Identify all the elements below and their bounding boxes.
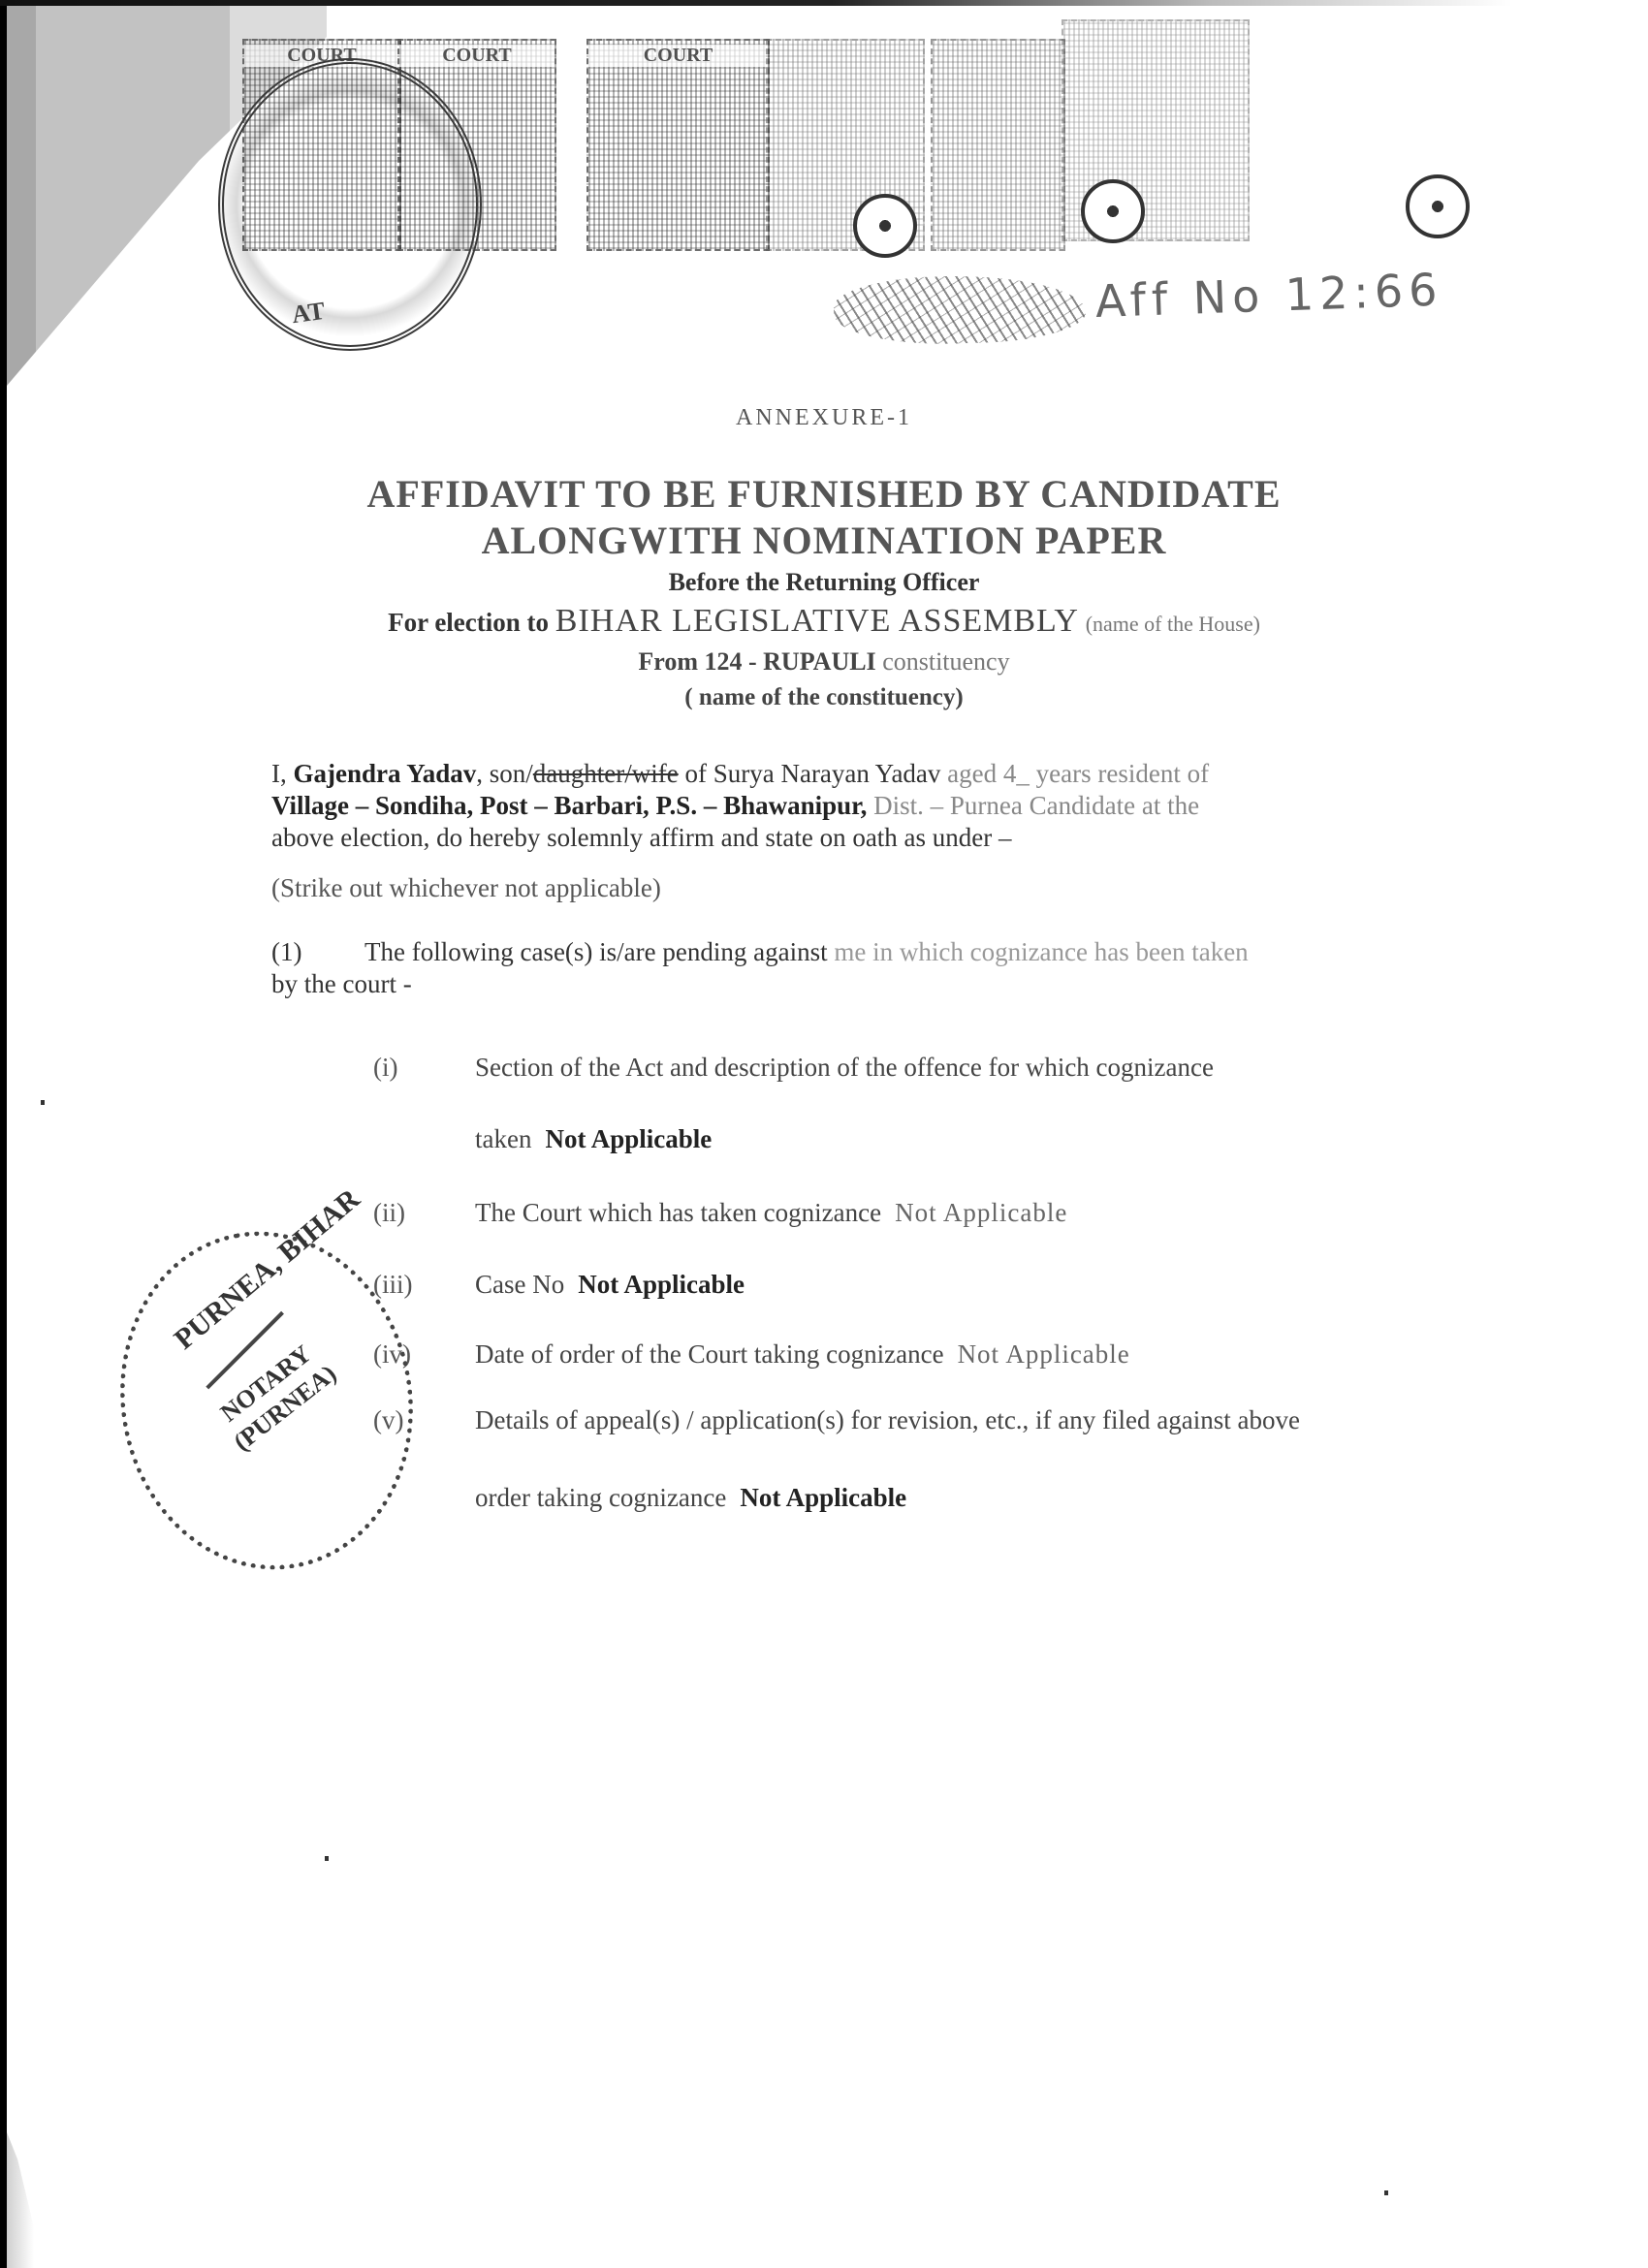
scan-border-left — [0, 0, 7, 2268]
house-name: BIHAR LEGISLATIVE ASSEMBLY — [555, 603, 1079, 639]
item-number: (ii) — [373, 1198, 475, 1228]
relation-struck: daughter/wife — [533, 759, 679, 788]
item-value: Not Applicable — [578, 1270, 745, 1299]
notary-seal-stamp: PURNEA, BIHAR NOTARY (PURNEA) — [94, 1209, 439, 1593]
item-continuation: taken — [475, 1124, 531, 1153]
signature-scribble — [833, 271, 1087, 348]
clause-number: (1) — [271, 936, 364, 968]
item-label: Section of the Act and description of th… — [475, 1053, 1214, 1082]
constituency-suffix: constituency — [882, 647, 1009, 676]
ashoka-chakra-icon — [1406, 174, 1470, 238]
age-text: aged 4_ years resident of — [947, 759, 1209, 788]
item-value: Not Applicable — [740, 1483, 906, 1512]
election-line: For election to BIHAR LEGISLATIVE ASSEMB… — [0, 603, 1648, 640]
item-number: (i) — [373, 1053, 475, 1083]
title-line-1: AFFIDAVIT TO BE FURNISHED BY CANDIDATE — [0, 471, 1648, 518]
item-value: Not Applicable — [545, 1124, 712, 1153]
relation-plain: son/ — [490, 759, 533, 788]
scan-speck — [41, 1100, 45, 1105]
declaration-paragraph: I, Gajendra Yadav, son/daughter/wife of … — [271, 758, 1512, 854]
election-prefix: For election to — [388, 608, 549, 637]
stamp-label: COURT — [588, 45, 768, 67]
clause-text-faint: me in which cognizance has been taken — [834, 937, 1248, 966]
item-label: Details of appeal(s) / application(s) fo… — [475, 1405, 1300, 1434]
item-value: Not Applicable — [895, 1198, 1067, 1227]
document-title: AFFIDAVIT TO BE FURNISHED BY CANDIDATE A… — [0, 471, 1648, 564]
ashoka-chakra-icon — [1081, 179, 1145, 243]
case-item-ii: (ii)The Court which has taken cognizance… — [373, 1198, 1067, 1228]
pronoun: I, — [271, 759, 287, 788]
handwritten-number: No 12:66 — [1192, 264, 1443, 325]
from-prefix: From — [638, 647, 698, 676]
house-note: (name of the House) — [1086, 612, 1260, 636]
seal-center-text: NOTARY (PURNEA) — [192, 1321, 360, 1471]
strike-out-note: (Strike out whichever not applicable) — [271, 872, 1512, 904]
round-seal-stamp: AT — [218, 58, 482, 351]
clause-1: (1)The following case(s) is/are pending … — [271, 936, 1512, 1000]
stamp-label: COURT — [399, 45, 555, 67]
constituency-line: From 124 - RUPAULI constituency — [0, 647, 1648, 677]
court-fee-stamp: COURT — [586, 39, 770, 251]
case-item-i: (i)Section of the Act and description of… — [373, 1053, 1214, 1083]
item-label: Case No — [475, 1270, 564, 1299]
case-item-v-continuation: order taking cognizanceNot Applicable — [475, 1483, 906, 1513]
clause-text: The following case(s) is/are pending aga… — [364, 937, 828, 966]
court-fee-stamp — [931, 39, 1065, 251]
title-line-2: ALONGWITH NOMINATION PAPER — [0, 518, 1648, 564]
constituency-name: 124 - RUPAULI — [705, 647, 876, 676]
handwritten-prefix: Aff — [1094, 272, 1174, 328]
case-item-iv: (iv)Date of order of the Court taking co… — [373, 1339, 1130, 1370]
item-label: Date of order of the Court taking cogniz… — [475, 1339, 944, 1369]
of-word: of — [684, 759, 707, 788]
case-item-iii: (iii)Case NoNot Applicable — [373, 1270, 745, 1300]
scan-shadow-bottom — [7, 2132, 34, 2268]
returning-officer-line: Before the Returning Officer — [0, 568, 1648, 597]
case-item-v: (v)Details of appeal(s) / application(s)… — [373, 1405, 1300, 1435]
item-value: Not Applicable — [958, 1339, 1130, 1369]
scan-speck — [325, 1856, 329, 1861]
item-label: The Court which has taken cognizance — [475, 1198, 881, 1227]
annexure-label: ANNEXURE-1 — [0, 405, 1648, 431]
clause-text-line-2: by the court - — [271, 969, 412, 998]
candidate-name: Gajendra Yadav — [294, 759, 477, 788]
constituency-note: ( name of the constituency) — [0, 684, 1648, 711]
ashoka-chakra-icon — [853, 194, 917, 258]
father-name: Surya Narayan Yadav — [713, 759, 941, 788]
district: Dist. – Purnea Candidate at the — [873, 791, 1199, 820]
address: Village – Sondiha, Post – Barbari, P.S. … — [271, 791, 867, 820]
case-item-i-continuation: takenNot Applicable — [475, 1124, 712, 1154]
scan-speck — [1384, 2190, 1388, 2195]
affirmation: above election, do hereby solemnly affir… — [271, 823, 1012, 852]
item-number: (iii) — [373, 1270, 475, 1300]
scan-border-top — [0, 0, 1512, 6]
item-continuation: order taking cognizance — [475, 1483, 726, 1512]
seal-text: AT — [290, 297, 327, 330]
